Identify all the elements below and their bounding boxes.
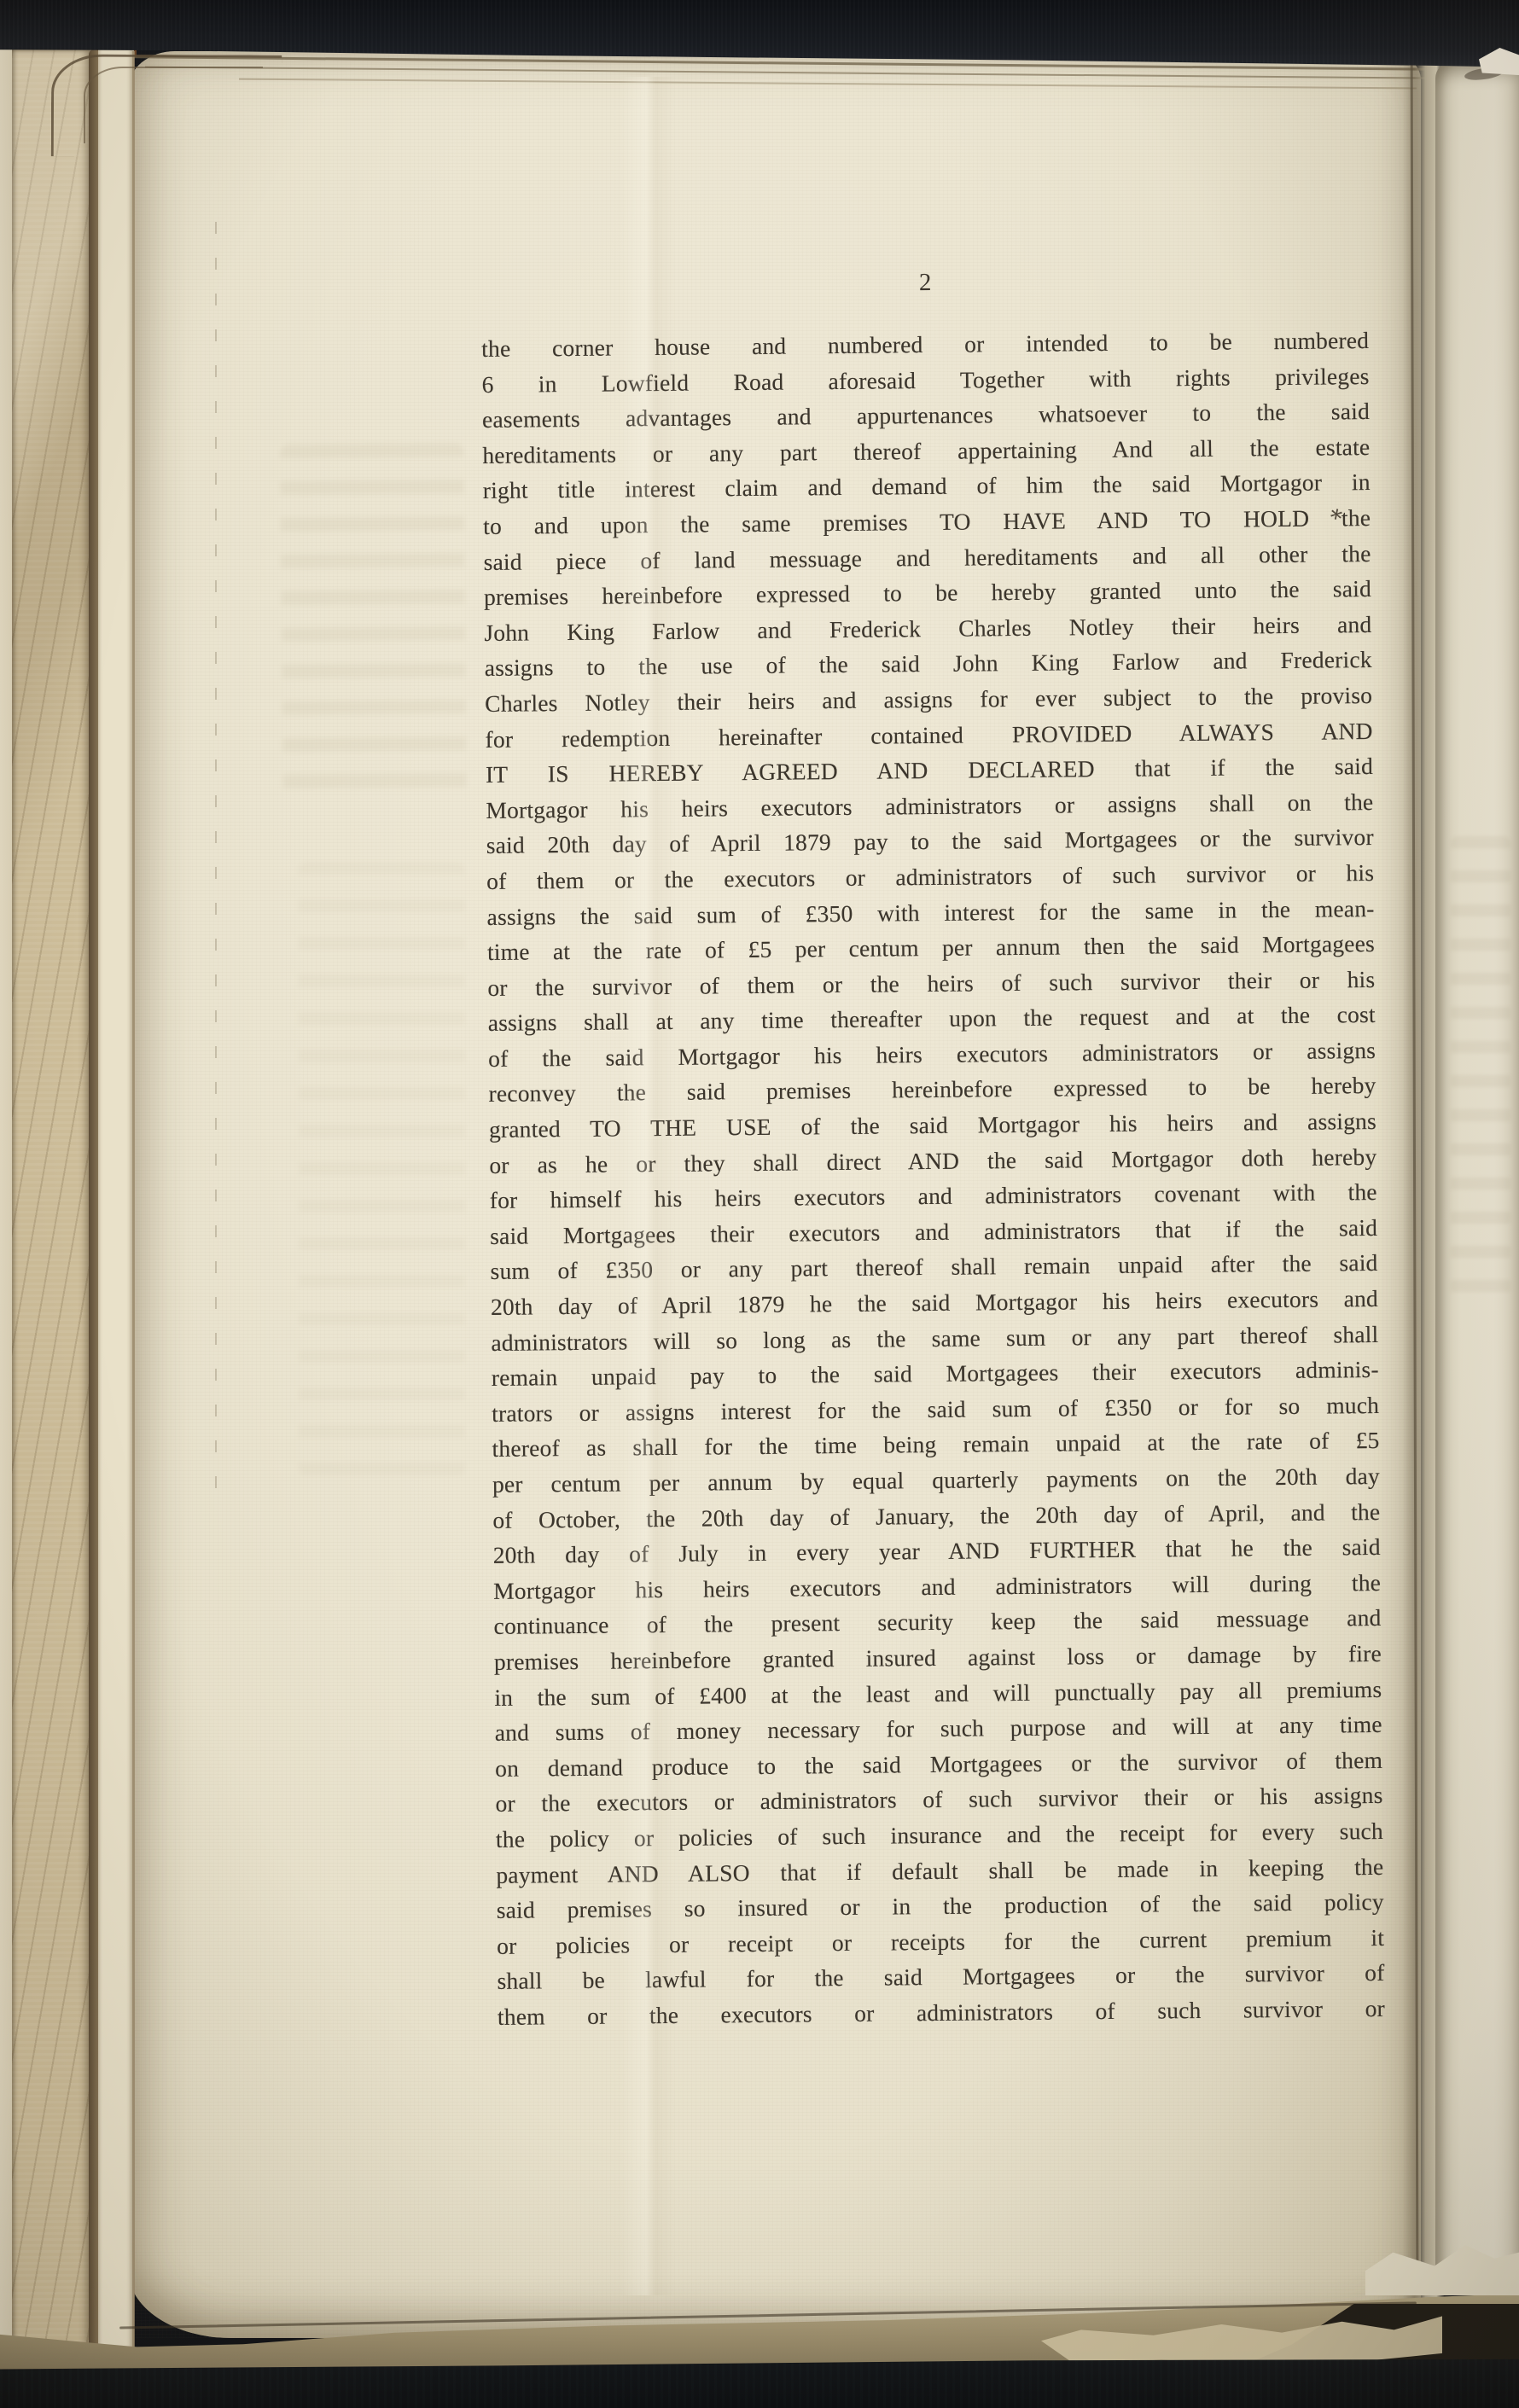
left-edge-hairline xyxy=(132,51,135,2403)
left-page-edge-strip xyxy=(98,48,134,2408)
show-through-text-ghost xyxy=(1451,836,1510,1314)
left-linen-hinge xyxy=(12,49,92,2408)
page-corner-outline xyxy=(84,67,263,143)
show-through-text-ghost xyxy=(280,443,467,811)
book-photo: 2 * the corner house and numbered or int… xyxy=(0,0,1519,2408)
body-text: * the corner house and numbered or inten… xyxy=(481,323,1385,2034)
show-through-text-ghost xyxy=(299,862,465,1476)
page-crease-line xyxy=(215,222,217,1502)
